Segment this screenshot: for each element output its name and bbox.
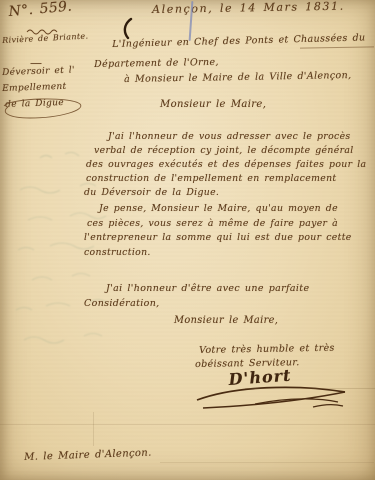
margin-note-subject-line-2: Empellement xyxy=(2,82,67,94)
body-para1-line-2: verbal de réception cy joint, le décompt… xyxy=(94,145,354,156)
margin-note-river: Rivière de Briante. xyxy=(2,31,89,45)
letter-number: N°. 559. xyxy=(8,0,73,20)
body-para1-line-5: du Déversoir de la Digue. xyxy=(84,187,219,198)
pen-stroke-mark xyxy=(121,17,135,41)
valediction-line-1: Votre très humble et très xyxy=(199,343,335,356)
sender-line-2: Département de l'Orne, xyxy=(94,57,219,70)
closing-line-1: J'ai l'honneur d'être avec une parfaite xyxy=(106,283,309,294)
body-para1-line-4: construction de l'empellement en remplac… xyxy=(86,173,337,184)
closing-line-2: Considération, xyxy=(84,298,160,309)
crease-line-horizontal-full xyxy=(0,424,375,425)
closing-line-3: Monsieur le Maire, xyxy=(174,315,278,326)
margin-note-subject-line-1: Déversoir et l' xyxy=(2,65,75,78)
crease-line-bottom xyxy=(160,462,374,463)
body-para2-line-4: construction. xyxy=(84,247,151,258)
salutation: Monsieur le Maire, xyxy=(160,99,266,110)
body-para2-line-1: Je pense, Monsieur le Maire, qu'au moyen… xyxy=(99,203,338,214)
recipient-line: à Monsieur le Maire de la Ville d'Alenço… xyxy=(124,70,352,85)
dateline: Alençon, le 14 Mars 1831. xyxy=(152,0,345,16)
crease-line-vertical xyxy=(93,412,94,446)
margin-note-subject-line-3: de la Digue xyxy=(5,98,64,110)
body-para1-line-1: J'ai l'honneur de vous adresser avec le … xyxy=(108,131,351,142)
crease-line-horizontal-right xyxy=(245,388,375,389)
signature: D'hort xyxy=(228,366,292,389)
sender-line-1: L'Ingénieur en Chef des Ponts et Chaussé… xyxy=(112,32,366,50)
footer-addressee: M. le Maire d'Alençon. xyxy=(24,448,152,463)
letter-page: N°. 559. Rivière de Briante. — Déversoir… xyxy=(0,0,375,480)
body-para2-line-2: ces pièces, vous serez à même de faire p… xyxy=(87,218,338,229)
sender-underline xyxy=(300,46,374,48)
body-para2-line-3: l'entrepreneur la somme qui lui est due … xyxy=(84,232,352,243)
body-para1-line-3: des ouvrages exécutés et des dépenses fa… xyxy=(86,159,366,170)
